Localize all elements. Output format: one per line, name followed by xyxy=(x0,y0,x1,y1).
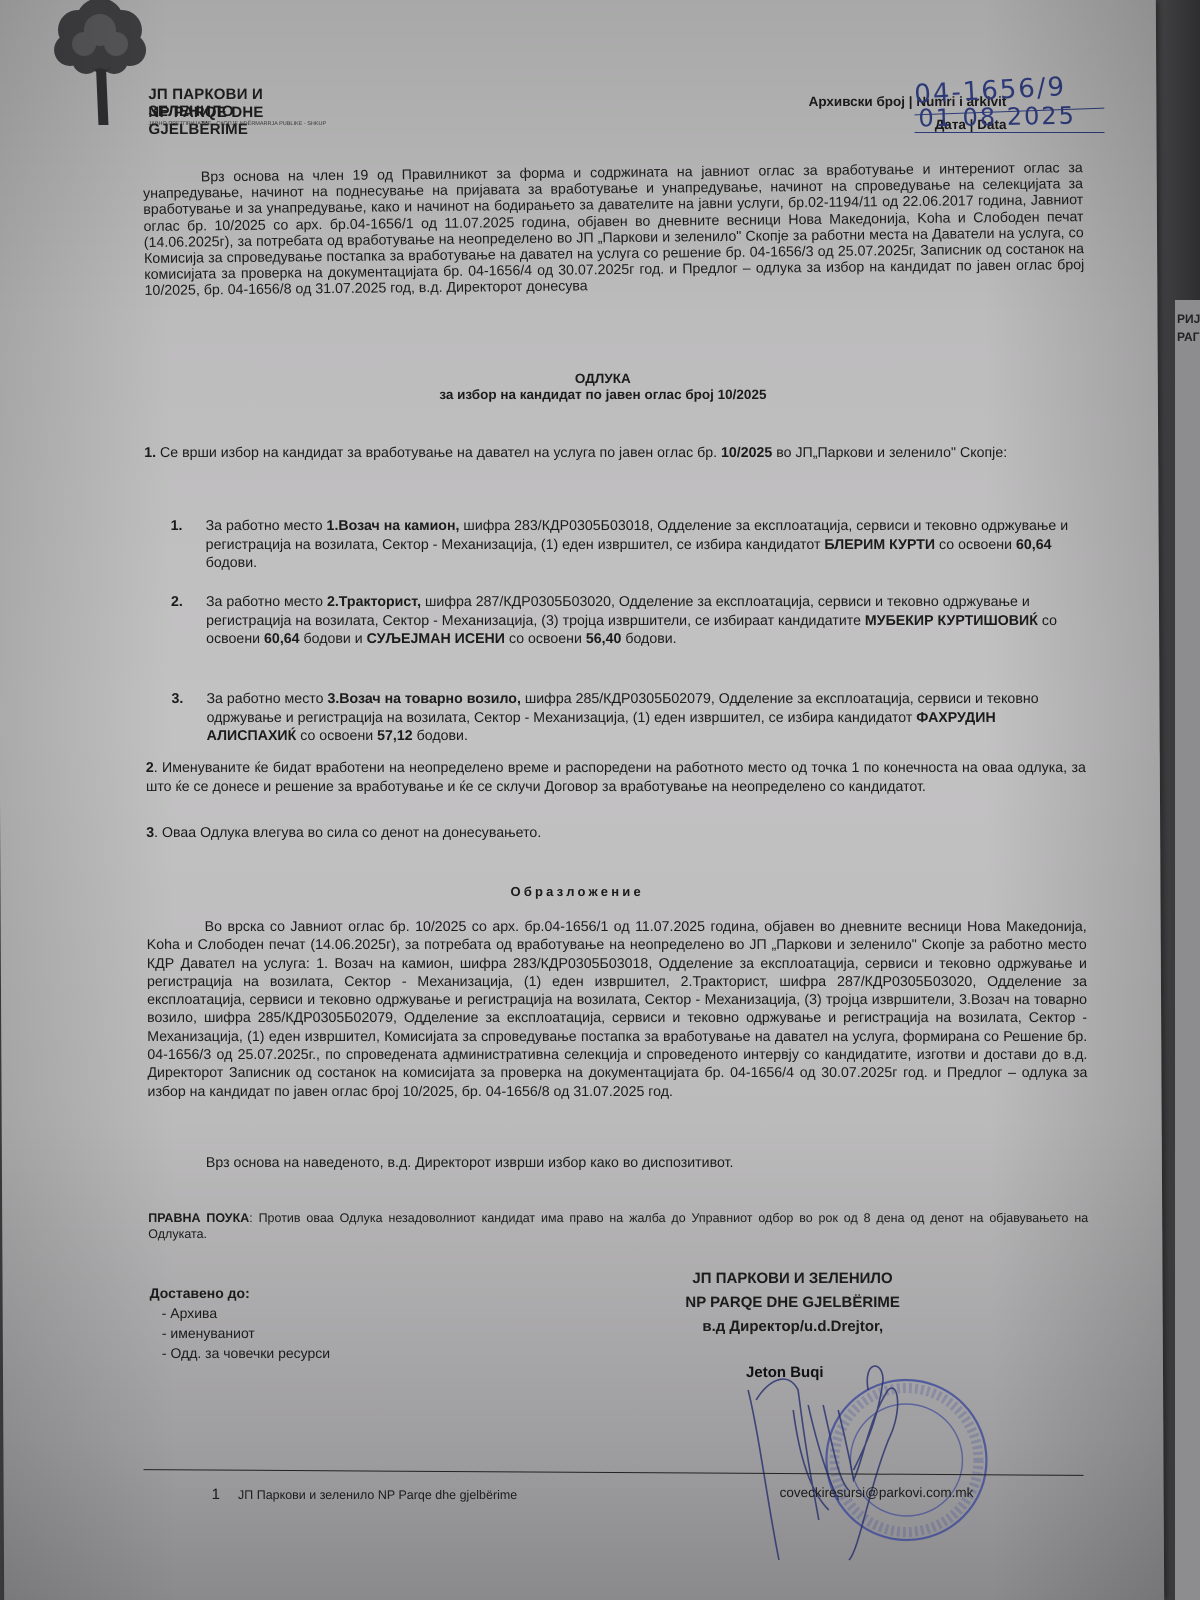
point-1-text: Се врши избор на кандидат за вработување… xyxy=(156,445,721,461)
org-subtitle: ЈАВНО ПРЕТПРИЈАТИЕ - СКОПЈЕ NDËRMARRJA P… xyxy=(148,121,326,127)
point-3-text: . Оваа Одлука влегува во сила со денот н… xyxy=(154,825,541,841)
footer-org-name: ЈП Паркови и зеленило NP Parqe dhe gjelb… xyxy=(238,1488,517,1502)
background-text-fragment: РИЈ xyxy=(1177,312,1200,326)
decision-subheading: за избор на кандидат по јавен оглас број… xyxy=(383,387,823,403)
footer-email: coveckiresursi@parkovi.com.mk xyxy=(780,1485,974,1500)
point-1: 1. Се врши избор на кандидат за вработув… xyxy=(144,443,1084,463)
position-prefix: За работно место xyxy=(206,518,327,534)
point-3-number: 3 xyxy=(146,825,154,841)
points-label: бодови xyxy=(299,631,350,647)
explanation-conclusion: Врз основа на наведеното, в.д. Директоро… xyxy=(148,1155,1088,1171)
handwritten-signature-icon xyxy=(738,1350,939,1570)
legal-notice: ПРАВНА ПОУКА: Против оваа Одлука незадов… xyxy=(148,1210,1088,1242)
candidate-points: 57,12 xyxy=(377,728,413,744)
decision-heading: ОДЛУКА xyxy=(383,371,823,387)
footer-org: 1ЈП Паркови и зеленило NP Parqe dhe gjel… xyxy=(212,1486,518,1503)
scored-label: со освоени xyxy=(935,537,1016,553)
candidate-points: 60,64 xyxy=(264,631,300,647)
point-2-number: 2 xyxy=(146,760,154,776)
position-title: 3.Возач на товарно возило, xyxy=(327,691,521,707)
explanation-heading: Образложение xyxy=(510,884,643,899)
and-label: и xyxy=(351,631,367,647)
preamble-paragraph: Врз основа на член 19 од Правилникот за … xyxy=(143,160,1085,299)
delivered-to-item: - Одд. за човечки ресурси xyxy=(150,1343,330,1363)
position-item: 3. За работно место 3.Возач на товарно в… xyxy=(171,690,1076,746)
point-1-text-end: во ЈП„Паркови и зеленило" Скопје: xyxy=(772,445,1007,461)
explanation-paragraph: Во врска со Јавниот оглас бр. 10/2025 со… xyxy=(147,918,1088,1101)
background-paper: РИЈ РАГ xyxy=(1175,300,1200,1600)
position-number: 1. xyxy=(171,517,183,536)
ad-number: 10/2025 xyxy=(721,445,772,461)
legal-notice-label: ПРАВНА ПОУКА xyxy=(148,1211,249,1225)
position-title: 2.Тракторист, xyxy=(327,594,421,610)
decision-title: ОДЛУКА за избор на кандидат по јавен огл… xyxy=(383,371,823,403)
delivered-to-item: - Архива xyxy=(150,1303,330,1323)
position-item: 2. За работно место 2.Тракторист, шифра … xyxy=(171,593,1076,649)
points-label: бодови xyxy=(206,555,253,571)
candidate-points: 56,40 xyxy=(586,631,622,647)
candidate-points: 60,64 xyxy=(1016,537,1052,553)
point-3: 3. Оваа Одлука влегува во сила со денот … xyxy=(146,825,1086,841)
page-number: 1 xyxy=(212,1486,220,1503)
signature-block: ЈП ПАРКОВИ И ЗЕЛЕНИЛО NP PARQE DHE GJELB… xyxy=(642,1267,942,1339)
scored-label: со освоени xyxy=(296,728,377,744)
points-label: бодови xyxy=(413,728,464,744)
document-page: ЈП ПАРКОВИ И ЗЕЛЕНИЛО NP PARQE DHE GJELB… xyxy=(0,0,1164,1600)
tree-icon xyxy=(48,0,159,125)
background-text-fragment: РАГ xyxy=(1177,330,1199,344)
scored-label: со освоени xyxy=(505,631,586,647)
signature-role: в.д Директор/u.d.Drejtor, xyxy=(643,1315,943,1339)
point-1-number: 1. xyxy=(144,445,156,461)
delivered-to-heading: Доставено до: xyxy=(150,1283,330,1303)
points-label: бодови xyxy=(621,631,672,647)
signature-org-sq: NP PARQE DHE GJELBËRIME xyxy=(643,1291,943,1315)
position-title: 1.Возач на камион, xyxy=(326,518,459,534)
org-logo: ЈП ПАРКОВИ И ЗЕЛЕНИЛО NP PARQE DHE GJELB… xyxy=(48,0,349,130)
point-2-text: . Именуваните ќе бидат вработени на неоп… xyxy=(146,760,1086,795)
position-prefix: За работно место xyxy=(206,594,327,610)
position-number: 3. xyxy=(171,690,183,709)
position-item: 1. За работно место 1.Возач на камион, ш… xyxy=(171,517,1076,573)
point-2: 2. Именуваните ќе бидат вработени на нео… xyxy=(146,759,1086,796)
candidate-name: СУЉЕЈМАН ИСЕНИ xyxy=(367,631,505,647)
delivered-to: Доставено до: - Архива - именуваниот - О… xyxy=(150,1283,331,1363)
legal-notice-text: : Против оваа Одлука незадоволниот канди… xyxy=(148,1211,1088,1241)
position-number: 2. xyxy=(171,593,183,612)
candidate-name: БЛЕРИМ КУРТИ xyxy=(824,537,935,553)
date-underline xyxy=(915,132,1105,133)
date-handwritten: 01 08 2025 xyxy=(918,102,1076,133)
position-prefix: За работно место xyxy=(206,691,327,707)
delivered-to-item: - именуваниот xyxy=(150,1323,330,1343)
candidate-name: МУБЕКИР КУРТИШОВИЌ xyxy=(865,613,1038,629)
signature-org-mk: ЈП ПАРКОВИ И ЗЕЛЕНИЛО xyxy=(642,1267,942,1291)
